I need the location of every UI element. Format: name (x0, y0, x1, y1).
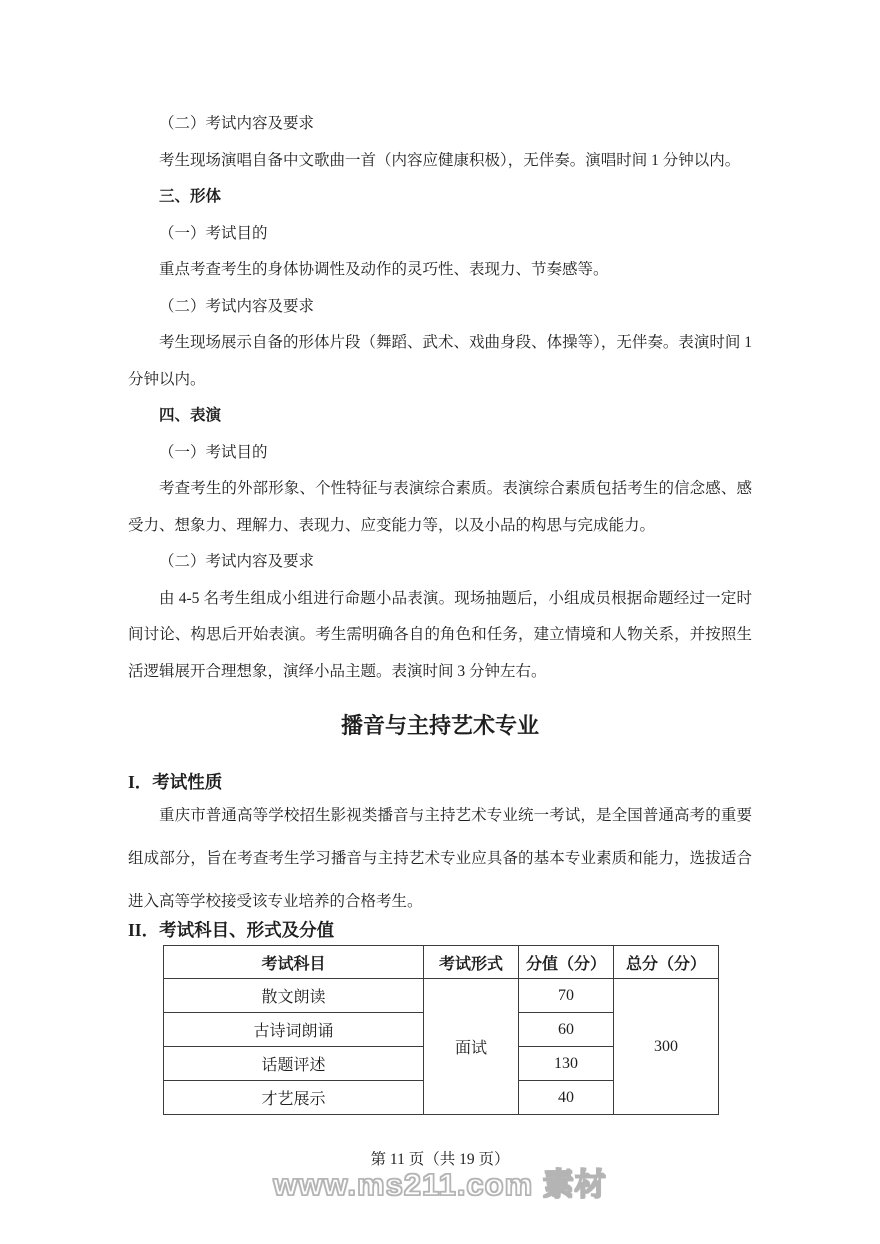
table-header-score: 分值（分） (519, 946, 614, 979)
paragraph-sub-heading: （二）考试内容及要求 (128, 544, 752, 581)
table-header-total: 总分（分） (614, 946, 719, 979)
cell-exam-form: 面试 (424, 979, 519, 1115)
table-header-form: 考试形式 (424, 946, 519, 979)
paragraph-sub-heading: （二）考试内容及要求 (128, 106, 752, 143)
paragraph-body: 考生现场演唱自备中文歌曲一首（内容应健康积极），无伴奏。演唱时间 1 分钟以内。 (128, 143, 752, 180)
heading-exam-nature: I．考试性质 (128, 770, 752, 794)
cell-subject: 话题评述 (164, 1047, 424, 1081)
document-body: （二）考试内容及要求 考生现场演唱自备中文歌曲一首（内容应健康积极），无伴奏。演… (128, 106, 752, 1115)
cell-score: 130 (519, 1047, 614, 1081)
paragraph-body: 重点考查考生的身体协调性及动作的灵巧性、表现力、节奏感等。 (128, 252, 752, 289)
paragraph-section-heading: 四、表演 (128, 398, 752, 435)
cell-subject: 才艺展示 (164, 1081, 424, 1115)
cell-score: 60 (519, 1013, 614, 1047)
cell-score: 70 (519, 979, 614, 1013)
paragraph-body: 考查考生的外部形象、个性特征与表演综合素质。表演综合素质包括考生的信念感、感受力… (128, 471, 752, 544)
cell-score: 40 (519, 1081, 614, 1115)
cell-subject: 古诗词朗诵 (164, 1013, 424, 1047)
score-table: 考试科目 考试形式 分值（分） 总分（分） 散文朗读 面试 70 300 古诗词… (163, 945, 719, 1115)
heading-exam-subjects: II．考试科目、形式及分值 (128, 919, 752, 941)
table-header-row: 考试科目 考试形式 分值（分） 总分（分） (164, 946, 719, 979)
paragraph-body: 由 4-5 名考生组成小组进行命题小品表演。现场抽题后，小组成员根据命题经过一定… (128, 581, 752, 691)
cell-total: 300 (614, 979, 719, 1115)
cell-subject: 散文朗读 (164, 979, 424, 1013)
table-row: 散文朗读 面试 70 300 (164, 979, 719, 1013)
paragraph-exam-nature: 重庆市普通高等学校招生影视类播音与主持艺术专业统一考试，是全国普通高考的重要组成… (128, 794, 752, 923)
paragraph-section-heading: 三、形体 (128, 179, 752, 216)
paragraph-sub-heading: （一）考试目的 (128, 216, 752, 253)
table-header-subject: 考试科目 (164, 946, 424, 979)
paragraph-body: 考生现场展示自备的形体片段（舞蹈、武术、戏曲身段、体操等），无伴奏。表演时间 1… (128, 325, 752, 398)
paragraph-sub-heading: （一）考试目的 (128, 435, 752, 472)
paragraph-sub-heading: （二）考试内容及要求 (128, 289, 752, 326)
document-page: （二）考试内容及要求 考生现场演唱自备中文歌曲一首（内容应健康积极），无伴奏。演… (0, 0, 880, 1244)
major-title: 播音与主持艺术专业 (128, 710, 752, 742)
watermark: www.ms211.com 素材 (0, 1166, 880, 1204)
